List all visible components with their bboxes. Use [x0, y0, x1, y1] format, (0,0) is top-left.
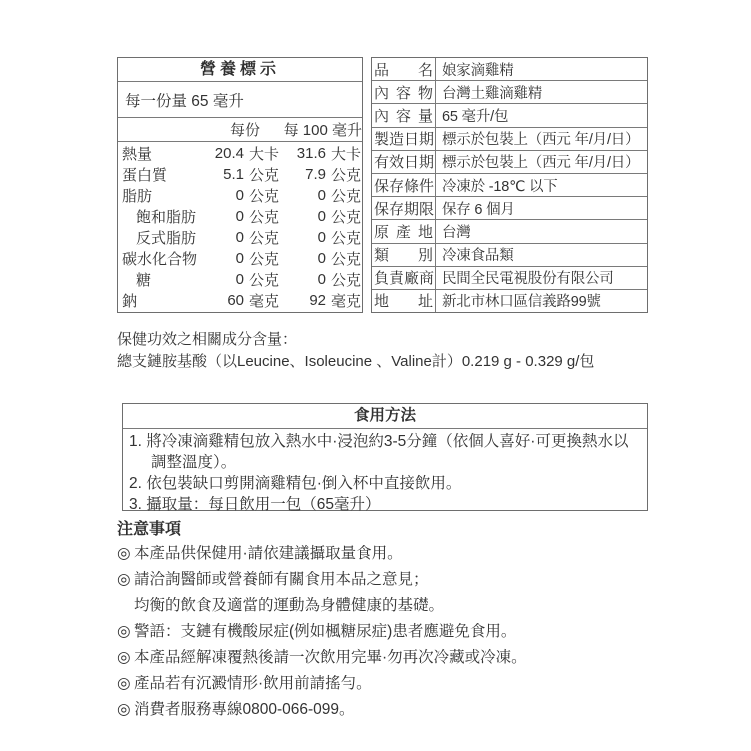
precaution-text: 請洽詢醫師或營養師有關食用本品之意見； — [134, 567, 651, 593]
nutrient-name: 鈉 — [122, 290, 208, 311]
product-info-row: 製造日期標示於包裝上（西元 年/月/日） — [372, 128, 647, 151]
product-info-row: 地址新北市林口區信義路99號 — [372, 290, 647, 312]
per-serving-value: 5.1 — [208, 166, 244, 183]
per-100ml-unit: 公克 — [326, 185, 364, 206]
product-field-label-text: 保存期限 — [374, 198, 433, 219]
product-field-label: 原產地 — [372, 220, 436, 242]
per-serving-value: 0 — [208, 208, 244, 225]
per-100ml-unit: 大卡 — [326, 143, 364, 164]
product-field-label: 地址 — [372, 290, 436, 312]
product-field-label-text: 品名 — [374, 59, 433, 80]
per-100ml-value: 0 — [282, 208, 326, 225]
bullseye-bullet-icon: ◎ — [117, 671, 134, 697]
product-field-value: 冷凍食品類 — [436, 244, 647, 266]
per-serving-unit: 公克 — [244, 164, 282, 185]
usage-instructions-table: 食用方法 1. 將冷凍滴雞精包放入熱水中·浸泡約3-5分鐘（依個人喜好·可更換熱… — [122, 403, 648, 511]
nutrition-row: 熱量20.4大卡31.6大卡 — [118, 143, 362, 164]
health-claim-heading: 保健功效之相關成分含量： — [117, 329, 647, 351]
product-info-row: 內容物台灣土雞滴雞精 — [372, 81, 647, 104]
per-serving-value: 60 — [208, 292, 244, 309]
product-field-value: 65 毫升/包 — [436, 104, 647, 126]
usage-step: 3. 攝取量：每日飲用一包（65毫升） — [129, 494, 641, 515]
precaution-item: ◎請洽詢醫師或營養師有關食用本品之意見； — [117, 567, 651, 593]
bullseye-bullet-icon: ◎ — [117, 567, 134, 593]
per-serving-header: 每份 — [208, 119, 282, 140]
nutrition-row: 糖0公克0公克 — [118, 269, 362, 290]
precaution-item: ◎本產品經解凍覆熱後請一次飲用完畢·勿再次冷藏或冷凍。 — [117, 645, 651, 671]
per-serving-unit: 公克 — [244, 248, 282, 269]
nutrition-facts-title: 營養標示 — [118, 58, 362, 82]
precaution-text: 產品若有沉澱情形·飲用前請搖勻。 — [134, 671, 651, 697]
health-claim-block: 保健功效之相關成分含量： 總支鏈胺基酸（以Leucine、Isoleucine … — [117, 329, 647, 373]
product-field-value: 台灣土雞滴雞精 — [436, 81, 647, 103]
product-label-document: { "nutrition_table": { "title": "營養標示", … — [0, 0, 751, 751]
per-100ml-value: 92 — [282, 292, 326, 309]
product-field-label-text: 保存條件 — [374, 175, 433, 196]
nutrition-row: 脂肪0公克0公克 — [118, 185, 362, 206]
bullseye-bullet-icon — [117, 593, 134, 619]
product-field-label-text: 負責廠商 — [374, 267, 433, 288]
product-field-value: 標示於包裝上（西元 年/月/日） — [436, 151, 647, 173]
precautions-title: 注意事項 — [117, 519, 651, 541]
per-100ml-value: 0 — [282, 250, 326, 267]
product-info-table: 品名娘家滴雞精內容物台灣土雞滴雞精內容量65 毫升/包製造日期標示於包裝上（西元… — [371, 57, 648, 313]
product-field-label: 負責廠商 — [372, 267, 436, 289]
product-field-label-text: 地址 — [374, 290, 433, 311]
usage-step-number: 3. — [129, 496, 146, 513]
per-100ml-unit: 公克 — [326, 248, 364, 269]
per-100ml-value: 0 — [282, 229, 326, 246]
precaution-item: 均衡的飲食及適當的運動為身體健康的基礎。 — [117, 593, 651, 619]
precaution-text: 消費者服務專線0800-066-099。 — [134, 697, 651, 723]
precaution-item: ◎產品若有沉澱情形·飲用前請搖勻。 — [117, 671, 651, 697]
per-serving-unit: 公克 — [244, 269, 282, 290]
usage-steps: 1. 將冷凍滴雞精包放入熱水中·浸泡約3-5分鐘（依個人喜好·可更換熱水以調整溫… — [123, 429, 647, 515]
bullseye-bullet-icon: ◎ — [117, 619, 134, 645]
nutrition-rows: 熱量20.4大卡31.6大卡蛋白質5.1公克7.9公克脂肪0公克0公克飽和脂肪0… — [118, 142, 362, 312]
usage-step-number: 2. — [129, 475, 146, 492]
product-field-label-text: 內容量 — [374, 105, 433, 126]
per-serving-unit: 公克 — [244, 227, 282, 248]
per-100ml-unit: 公克 — [326, 164, 364, 185]
bullseye-bullet-icon: ◎ — [117, 645, 134, 671]
per-100ml-value: 0 — [282, 187, 326, 204]
precaution-text: 本產品供保健用·請依建議攝取量食用。 — [134, 541, 651, 567]
nutrient-name: 熱量 — [122, 143, 208, 164]
nutrient-name: 碳水化合物 — [122, 248, 208, 269]
nutrient-name: 飽和脂肪 — [122, 206, 208, 227]
product-field-label-text: 原產地 — [374, 221, 433, 242]
per-serving-value: 0 — [208, 229, 244, 246]
product-field-label-text: 類別 — [374, 244, 433, 265]
precaution-item: ◎消費者服務專線0800-066-099。 — [117, 697, 651, 723]
product-info-row: 原產地台灣 — [372, 220, 647, 243]
product-field-label-text: 製造日期 — [374, 128, 433, 149]
precaution-text: 本產品經解凍覆熱後請一次飲用完畢·勿再次冷藏或冷凍。 — [134, 645, 651, 671]
product-field-value: 娘家滴雞精 — [436, 58, 647, 80]
usage-step-text: 依包裝缺口剪開滴雞精包·倒入杯中直接飲用。 — [146, 475, 461, 492]
per-serving-unit: 公克 — [244, 185, 282, 206]
product-field-label: 製造日期 — [372, 128, 436, 150]
product-field-value: 冷凍於 -18℃ 以下 — [436, 174, 647, 196]
product-field-label-text: 有效日期 — [374, 151, 433, 172]
nutrition-row: 蛋白質5.1公克7.9公克 — [118, 164, 362, 185]
product-field-label: 品名 — [372, 58, 436, 80]
per-serving-value: 0 — [208, 271, 244, 288]
nutrient-name: 蛋白質 — [122, 164, 208, 185]
nutrient-name: 糖 — [122, 269, 208, 290]
product-field-value: 保存 6 個月 — [436, 197, 647, 219]
product-field-label: 保存期限 — [372, 197, 436, 219]
precaution-item: ◎本產品供保健用·請依建議攝取量食用。 — [117, 541, 651, 567]
nutrient-name: 反式脂肪 — [122, 227, 208, 248]
product-info-row: 品名娘家滴雞精 — [372, 58, 647, 81]
per-serving-value: 0 — [208, 250, 244, 267]
serving-size-line: 每一份量 65 毫升 — [118, 82, 362, 118]
nutrition-row: 鈉60毫克92毫克 — [118, 290, 362, 311]
per-100ml-value: 7.9 — [282, 166, 326, 183]
bullseye-bullet-icon: ◎ — [117, 697, 134, 723]
per-100ml-value: 0 — [282, 271, 326, 288]
product-field-label: 有效日期 — [372, 151, 436, 173]
bullseye-bullet-icon: ◎ — [117, 541, 134, 567]
precaution-item: ◎警語：支鏈有機酸尿症(例如楓糖尿症)患者應避免食用。 — [117, 619, 651, 645]
product-info-row: 內容量65 毫升/包 — [372, 104, 647, 127]
product-field-label: 內容物 — [372, 81, 436, 103]
usage-step-text: 攝取量：每日飲用一包（65毫升） — [146, 496, 380, 513]
product-field-value: 標示於包裝上（西元 年/月/日） — [436, 128, 647, 150]
per-serving-unit: 公克 — [244, 206, 282, 227]
precautions-section: 注意事項 ◎本產品供保健用·請依建議攝取量食用。◎請洽詢醫師或營養師有關食用本品… — [117, 519, 651, 723]
product-info-row: 保存條件冷凍於 -18℃ 以下 — [372, 174, 647, 197]
product-field-label: 保存條件 — [372, 174, 436, 196]
product-field-label: 內容量 — [372, 104, 436, 126]
product-info-row: 負責廠商民間全民電視股份有限公司 — [372, 267, 647, 290]
per-100ml-header: 每 100 毫升 — [282, 119, 364, 140]
product-field-label-text: 內容物 — [374, 82, 433, 103]
product-info-row: 類別冷凍食品類 — [372, 244, 647, 267]
product-field-value: 民間全民電視股份有限公司 — [436, 267, 647, 289]
product-info-row: 有效日期標示於包裝上（西元 年/月/日） — [372, 151, 647, 174]
usage-step: 1. 將冷凍滴雞精包放入熱水中·浸泡約3-5分鐘（依個人喜好·可更換熱水以調整溫… — [129, 431, 641, 473]
per-serving-unit: 毫克 — [244, 290, 282, 311]
per-serving-unit: 大卡 — [244, 143, 282, 164]
precaution-text: 警語：支鏈有機酸尿症(例如楓糖尿症)患者應避免食用。 — [134, 619, 651, 645]
nutrition-row: 飽和脂肪0公克0公克 — [118, 206, 362, 227]
nutrition-column-headers: 每份 每 100 毫升 — [118, 118, 362, 142]
per-100ml-value: 31.6 — [282, 145, 326, 162]
product-field-value: 台灣 — [436, 220, 647, 242]
precautions-list: ◎本產品供保健用·請依建議攝取量食用。◎請洽詢醫師或營養師有關食用本品之意見；均… — [117, 541, 651, 723]
usage-step-text: 將冷凍滴雞精包放入熱水中·浸泡約3-5分鐘（依個人喜好·可更換熱水以調整溫度）。 — [146, 433, 628, 471]
per-serving-value: 0 — [208, 187, 244, 204]
per-serving-value: 20.4 — [208, 145, 244, 162]
product-field-label: 類別 — [372, 244, 436, 266]
nutrition-row: 碳水化合物0公克0公克 — [118, 248, 362, 269]
usage-instructions-title: 食用方法 — [123, 404, 647, 429]
precaution-text: 均衡的飲食及適當的運動為身體健康的基礎。 — [134, 593, 651, 619]
per-100ml-unit: 公克 — [326, 206, 364, 227]
health-claim-content: 總支鏈胺基酸（以Leucine、Isoleucine 、Valine計）0.21… — [117, 351, 647, 373]
product-field-value: 新北市林口區信義路99號 — [436, 290, 647, 312]
usage-step: 2. 依包裝缺口剪開滴雞精包·倒入杯中直接飲用。 — [129, 473, 641, 494]
per-100ml-unit: 公克 — [326, 227, 364, 248]
usage-step-number: 1. — [129, 433, 146, 450]
nutrient-name: 脂肪 — [122, 185, 208, 206]
product-info-row: 保存期限保存 6 個月 — [372, 197, 647, 220]
nutrition-facts-table: 營養標示 每一份量 65 毫升 每份 每 100 毫升 熱量20.4大卡31.6… — [117, 57, 363, 313]
per-100ml-unit: 公克 — [326, 269, 364, 290]
per-100ml-unit: 毫克 — [326, 290, 364, 311]
nutrition-row: 反式脂肪0公克0公克 — [118, 227, 362, 248]
